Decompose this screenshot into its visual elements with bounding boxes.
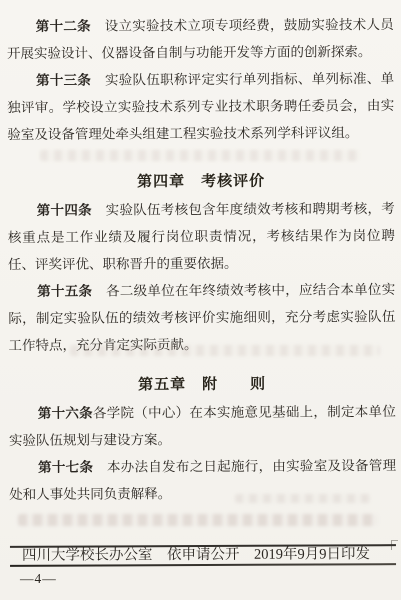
body-line-text: 实验队伍职称评定实行单列指标、单列标准、单 — [91, 71, 394, 88]
footer-issue-date: 2019年9月9日印发 — [254, 546, 370, 564]
scan-artifact — [70, 345, 380, 356]
chapter-heading-4: 第四章 考核评价 — [8, 168, 395, 197]
body-line-text: 各二级单位在年终绩效考核中，应结合本单位实 — [92, 282, 395, 299]
body-line: 任、评奖评优、职称晋升的重要依据。 — [8, 249, 395, 278]
colophon-footer: 四川大学校长办公室 依申请公开 2019年9月9日印发 — [10, 544, 396, 567]
body-line-text: 核重点是工作业绩及履行岗位职责情况，考核结果作为岗位聘 — [8, 228, 395, 245]
article-number: 第十四条 — [37, 203, 92, 218]
body-line: 第十七条 本办法自发布之日起施行，由实验室及设备管理 — [9, 452, 396, 481]
scanned-document-page: 第十二条 设立实验技术立项专项经费，鼓励实验技术人员 开展实验设计、仪器设备自制… — [0, 0, 401, 600]
body-line: 第十六条各学院（中心）在本实施意见基础上，制定本单位 — [9, 398, 396, 427]
body-line-text: 本办法自发布之日起施行，由实验室及设备管理 — [93, 458, 396, 475]
body-line-text: 任、评奖评优、职称晋升的重要依据。 — [8, 256, 238, 272]
article-number: 第十七条 — [38, 460, 93, 475]
article-number: 第十三条 — [36, 73, 91, 88]
body-line-text: 验室及设备管理处牵头组建工程实验技术系列学科评议组。 — [7, 125, 358, 142]
article-number: 第十二条 — [36, 19, 91, 34]
page-number: —4— — [20, 571, 57, 587]
footer-row: 四川大学校长办公室 依申请公开 2019年9月9日印发 — [10, 546, 396, 565]
footer-issuer: 四川大学校长办公室 — [22, 547, 153, 565]
body-line: 验室及设备管理处牵头组建工程实验技术系列学科评议组。 — [7, 119, 394, 148]
document-body: 第十二条 设立实验技术立项专项经费，鼓励实验技术人员 开展实验设计、仪器设备自制… — [7, 11, 397, 508]
body-line-text: 际，制定实验队伍的绩效考核评价实施细则，充分考虑实验队伍 — [8, 309, 395, 326]
body-line: 第十二条 设立实验技术立项专项经费，鼓励实验技术人员 — [7, 11, 394, 40]
article-number: 第十六条 — [38, 406, 93, 421]
body-line-text: 设立实验技术立项专项经费，鼓励实验技术人员 — [91, 17, 394, 34]
body-line-text: 独评审。学校设立实验技术系列专业技术职务聘任委员会，由实 — [7, 98, 394, 115]
body-line-text: 实验队伍考核包含年度绩效考核和聘期考核，考 — [92, 201, 395, 218]
body-line: 独评审。学校设立实验技术系列专业技术职务聘任委员会，由实 — [7, 92, 394, 121]
body-line: 际，制定实验队伍的绩效考核评价实施细则，充分考虑实验队伍 — [8, 303, 395, 332]
scan-artifact — [18, 514, 378, 526]
scan-artifact — [235, 494, 370, 503]
body-line: 第十四条 实验队伍考核包含年度绩效考核和聘期考核，考 — [8, 195, 395, 224]
article-number: 第十五条 — [37, 284, 92, 299]
body-line: 第十三条 实验队伍职称评定实行单列指标、单列标准、单 — [7, 65, 394, 94]
body-line-text: 开展实验设计、仪器设备自制与功能开发等方面的创新探索。 — [7, 44, 372, 61]
footer-disclosure: 依申请公开 — [167, 547, 240, 564]
body-line-text: 实验队伍规划与建设方案。 — [9, 432, 171, 448]
body-line-text: 各学院（中心）在本实施意见基础上，制定本单位 — [93, 404, 396, 421]
body-line-text: 处和人事处共同负责解释。 — [9, 486, 171, 502]
chapter-heading-5: 第五章 附 则 — [9, 371, 396, 400]
body-line: 第十五条 各二级单位在年终绩效考核中，应结合本单位实 — [8, 276, 395, 305]
scan-artifact — [40, 150, 360, 161]
body-line: 实验队伍规划与建设方案。 — [9, 425, 396, 454]
body-line: 开展实验设计、仪器设备自制与功能开发等方面的创新探索。 — [7, 38, 394, 67]
body-line: 核重点是工作业绩及履行岗位职责情况，考核结果作为岗位聘 — [8, 222, 395, 251]
